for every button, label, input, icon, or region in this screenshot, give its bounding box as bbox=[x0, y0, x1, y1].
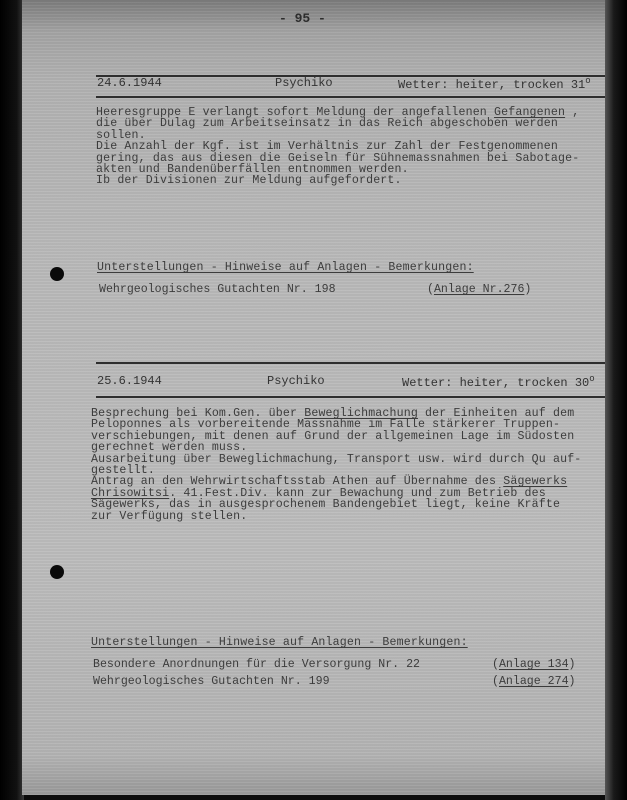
rule-top-entry-2 bbox=[96, 362, 626, 364]
remark-item: Besondere Anordnungen für die Versorgung… bbox=[93, 658, 420, 671]
entry-2-body: Besprechung bei Kom.Gen. über Beweglichm… bbox=[91, 408, 581, 522]
annex-link: Anlage 274 bbox=[499, 675, 569, 688]
paren: ( bbox=[492, 658, 499, 671]
page-number: - 95 - bbox=[279, 11, 326, 26]
entry-date: 25.6.1944 bbox=[97, 374, 162, 388]
body-line: die über Dulag zum Arbeitseinsatz in das… bbox=[96, 117, 558, 130]
body-line: Ausarbeitung über Beweglichmachung, Tran… bbox=[91, 453, 581, 466]
remarks-heading: Unterstellungen - Hinweise auf Anlagen -… bbox=[97, 262, 474, 273]
body-line: , bbox=[565, 106, 579, 119]
entry-weather: Wetter: heiter, trocken 31o bbox=[398, 76, 591, 92]
body-line: Ib der Divisionen zur Meldung aufgeforde… bbox=[96, 174, 402, 187]
paren: ) bbox=[524, 283, 531, 296]
remarks-heading: Unterstellungen - Hinweise auf Anlagen -… bbox=[91, 637, 468, 648]
weather-text: Wetter: heiter, trocken 31 bbox=[398, 78, 585, 92]
paren: ) bbox=[569, 675, 576, 688]
remark-item: Wehrgeologisches Gutachten Nr. 198 bbox=[99, 283, 336, 296]
punch-hole-icon bbox=[50, 565, 64, 579]
scan-right-border bbox=[605, 0, 627, 800]
entry-weather: Wetter: heiter, trocken 30o bbox=[402, 374, 595, 390]
weather-text: Wetter: heiter, trocken 30 bbox=[402, 376, 589, 390]
rule-bottom-entry-2 bbox=[96, 396, 626, 398]
degree-sign: o bbox=[589, 374, 594, 384]
entry-date: 24.6.1944 bbox=[97, 76, 162, 90]
entry-location: Psychiko bbox=[275, 76, 333, 90]
scan-left-border bbox=[0, 0, 24, 800]
remark-item: Wehrgeologisches Gutachten Nr. 199 bbox=[93, 675, 330, 688]
paren: ( bbox=[492, 675, 499, 688]
entry-location: Psychiko bbox=[267, 374, 325, 388]
annex-link: Anlage Nr.276 bbox=[434, 283, 524, 296]
annex-reference: (Anlage 274) bbox=[492, 675, 576, 688]
punch-hole-icon bbox=[50, 267, 64, 281]
entry-1-body: Heeresgruppe E verlangt sofort Meldung d… bbox=[96, 107, 579, 187]
annex-link: Anlage 134 bbox=[499, 658, 569, 671]
degree-sign: o bbox=[585, 76, 590, 86]
rule-bottom-entry-1 bbox=[96, 96, 626, 98]
body-line: zur Verfügung stellen. bbox=[91, 510, 247, 523]
typed-page: - 95 - 24.6.1944 Psychiko Wetter: heiter… bbox=[22, 0, 606, 795]
annex-reference: (Anlage Nr.276) bbox=[427, 283, 531, 296]
paren: ) bbox=[569, 658, 576, 671]
annex-reference: (Anlage 134) bbox=[492, 658, 576, 671]
paren: ( bbox=[427, 283, 434, 296]
